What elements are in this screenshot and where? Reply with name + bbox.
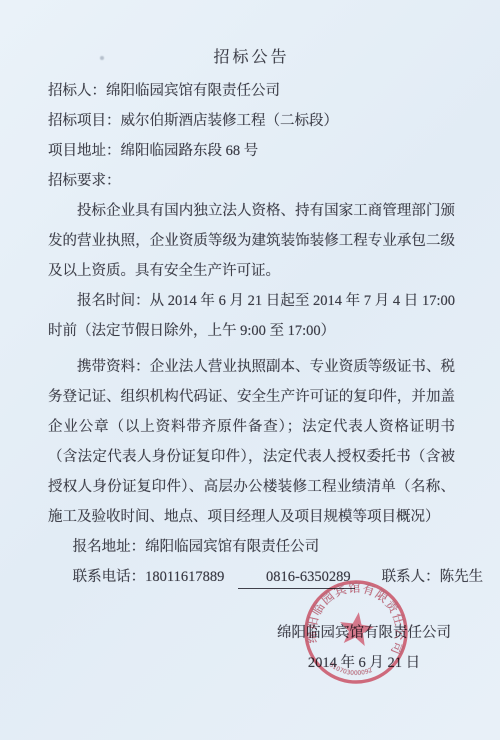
company-seal-graphic: 绵阳临园宾馆有限责任公司 510703000092 xyxy=(293,569,419,695)
contact-phone-mobile: 18011617889 xyxy=(145,569,224,585)
paragraph-materials: 携带资料：企业法人营业执照副本、专业资质等级证书、税务登记证、组织机构代码证、安… xyxy=(48,352,455,532)
contact-phone-label: 联系电话： xyxy=(73,569,146,585)
document-content: 招标公告 招标人：绵阳临园宾馆有限责任公司 招标项目：威尔伯斯酒店装修工程（二标… xyxy=(0,0,500,592)
scan-artifact xyxy=(100,56,104,60)
field-project-address: 项目地址：绵阳临园路东段 68 号 xyxy=(48,136,455,166)
scanned-document-page: 招标公告 招标人：绵阳临园宾馆有限责任公司 招标项目：威尔伯斯酒店装修工程（二标… xyxy=(0,0,500,740)
page-title: 招标公告 xyxy=(48,46,455,70)
field-requirements-label: 招标要求： xyxy=(48,166,455,196)
paragraph-qualification: 投标企业具有国内独立法人资格、持有国家工商管理部门颁发的营业执照，企业资质等级为… xyxy=(48,196,455,286)
company-seal: 绵阳临园宾馆有限责任公司 510703000092 xyxy=(293,569,419,695)
paragraph-signup-time: 报名时间：从 2014 年 6 月 21 日起至 2014 年 7 月 4 日 … xyxy=(48,286,455,346)
seal-star-icon xyxy=(337,610,375,647)
field-tenderer: 招标人：绵阳临园宾馆有限责任公司 xyxy=(48,76,455,106)
field-project: 招标项目：威尔伯斯酒店装修工程（二标段） xyxy=(48,106,455,136)
contact-person-name: 陈先生 xyxy=(440,569,484,585)
field-signup-address: 报名地址：绵阳临园宾馆有限责任公司 xyxy=(48,532,455,562)
